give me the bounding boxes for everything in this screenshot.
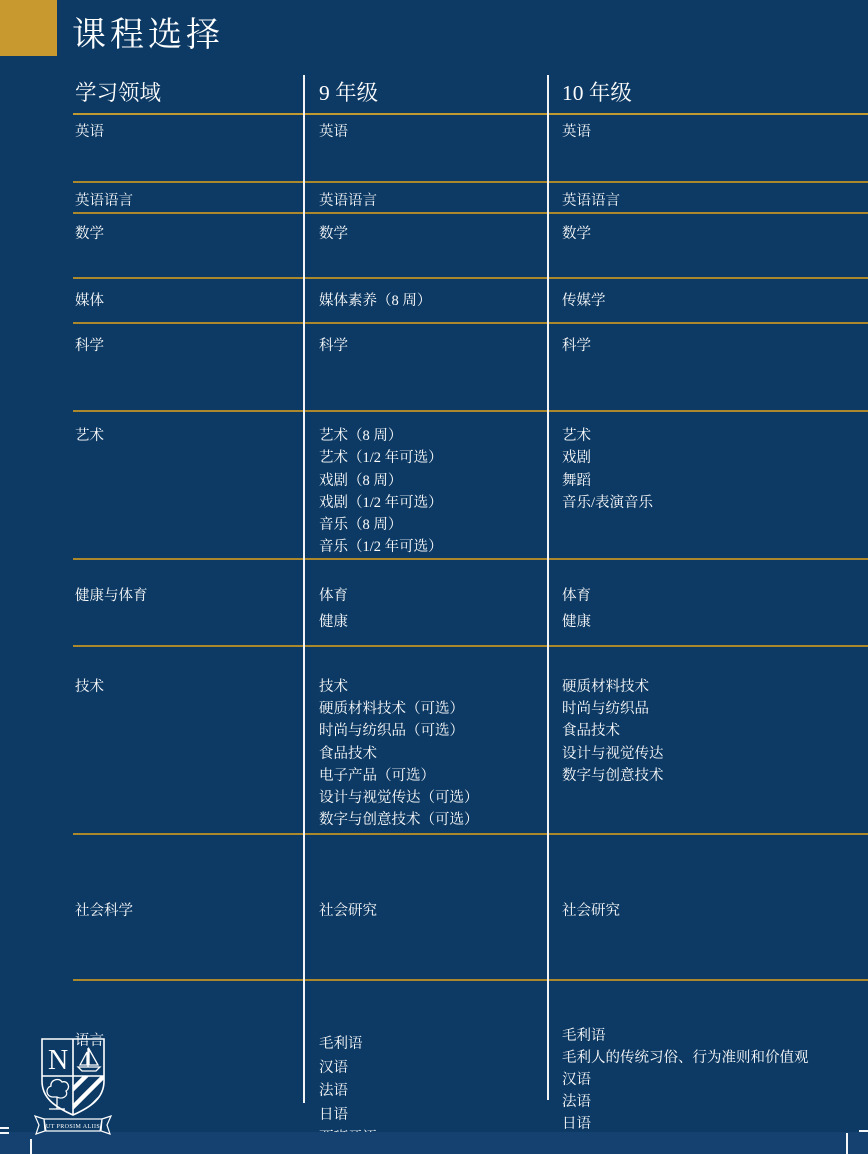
year10-courses: 毛利语 毛利人的传统习俗、行为准则和价值观 汉语 法语 日语 西班牙语: [547, 981, 868, 1154]
year10-courses: 艺术 戏剧 舞蹈 音乐/表演音乐: [547, 412, 868, 559]
year10-courses: 科学: [547, 324, 868, 410]
learning-area-label: 艺术: [73, 412, 303, 559]
brochure-page: 课程选择 学习领域 9 年级 10 年级 英语 英语 英语 英语语言 英语语言 …: [0, 0, 868, 1154]
column-header-year-9: 9 年级: [303, 75, 547, 113]
year9-courses: 毛利语 汉语 法语 日语 西班牙语: [303, 981, 547, 1154]
learning-area-label: 媒体: [73, 279, 303, 322]
learning-area-label: 社会科学: [73, 835, 303, 979]
learning-area-label: 健康与体育: [73, 560, 303, 645]
year9-courses: 科学: [303, 324, 547, 410]
crop-mark-right-horizontal: [859, 1130, 868, 1132]
learning-area-label: 数学: [73, 214, 303, 277]
table-row-science: 科学 科学 科学: [73, 324, 868, 412]
footer-bar: [0, 1132, 868, 1154]
year9-courses: 英语: [303, 115, 547, 181]
year9-courses: 媒体素养（8 周）: [303, 279, 547, 322]
table-row-english-language: 英语语言 英语语言 英语语言: [73, 183, 868, 214]
table-row-health-pe: 健康与体育 体育 健康 体育 健康: [73, 560, 868, 647]
year9-courses: 数学: [303, 214, 547, 277]
year9-courses: 技术 硬质材料技术（可选） 时尚与纺织品（可选） 食品技术 电子产品（可选） 设…: [303, 647, 547, 833]
crop-mark-left-horizontal: [0, 1127, 9, 1129]
table-row-arts: 艺术 艺术（8 周） 艺术（1/2 年可选） 戏剧（8 周） 戏剧（1/2 年可…: [73, 412, 868, 560]
year9-courses: 艺术（8 周） 艺术（1/2 年可选） 戏剧（8 周） 戏剧（1/2 年可选） …: [303, 412, 547, 559]
table-row-social-science: 社会科学 社会研究 社会研究: [73, 835, 868, 981]
year10-courses: 英语: [547, 115, 868, 181]
crop-mark-left-horizontal-2: [0, 1132, 9, 1134]
gold-accent-square: [0, 0, 57, 56]
crop-mark-right-vertical: [846, 1133, 848, 1154]
year9-courses: 社会研究: [303, 835, 547, 979]
table-row-languages: 语言 毛利语 汉语 法语 日语 西班牙语 毛利语 毛利人的传统习俗、行为准则和价…: [73, 981, 868, 1154]
year10-courses: 传媒学: [547, 279, 868, 322]
page-title: 课程选择: [72, 14, 224, 58]
table-row-technology: 技术 技术 硬质材料技术（可选） 时尚与纺织品（可选） 食品技术 电子产品（可选…: [73, 647, 868, 835]
course-selection-table: 学习领域 9 年级 10 年级 英语 英语 英语 英语语言 英语语言 英语语言 …: [0, 75, 868, 1154]
crop-mark-left-vertical: [30, 1139, 32, 1154]
learning-area-label: 技术: [73, 647, 303, 833]
table-row-english: 英语 英语 英语: [73, 115, 868, 183]
crest-sailboat-icon: [78, 1048, 100, 1071]
year10-courses: 体育 健康: [547, 560, 868, 645]
year10-courses: 英语语言: [547, 183, 868, 212]
column-divider-1: [303, 75, 305, 1103]
year10-courses: 硬质材料技术 时尚与纺织品 食品技术 设计与视觉传达 数字与创意技术: [547, 647, 868, 833]
year9-courses: 英语语言: [303, 183, 547, 212]
crest-motto: UT PROSIM ALIIS: [46, 1124, 100, 1130]
school-crest: N UT PROSIM ALIIS: [32, 1036, 114, 1136]
column-header-learning-area: 学习领域: [73, 75, 303, 113]
column-header-year-10: 10 年级: [547, 75, 868, 113]
crest-initial: N: [48, 1045, 68, 1076]
column-divider-2: [547, 75, 549, 1100]
learning-area-label: 英语语言: [73, 183, 303, 212]
year10-courses: 社会研究: [547, 835, 868, 979]
year10-courses: 数学: [547, 214, 868, 277]
learning-area-label: 英语: [73, 115, 303, 181]
table-row-media: 媒体 媒体素养（8 周） 传媒学: [73, 279, 868, 324]
table-header-row: 学习领域 9 年级 10 年级: [73, 75, 868, 115]
table-row-math: 数学 数学 数学: [73, 214, 868, 279]
year9-courses: 体育 健康: [303, 560, 547, 645]
learning-area-label: 科学: [73, 324, 303, 410]
crest-tree-icon: [47, 1079, 69, 1109]
